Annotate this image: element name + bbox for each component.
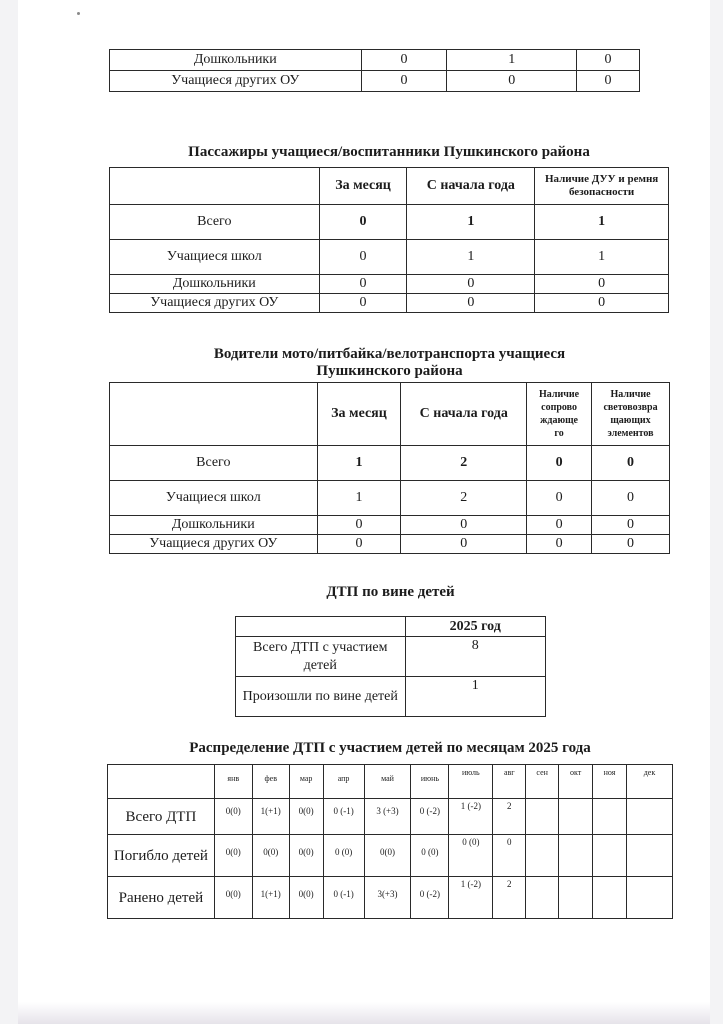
cell-value: 0(0) <box>214 835 252 877</box>
monthly-table: янвфевмарапрмайиюньиюльавгсеноктноядек В… <box>107 764 673 919</box>
cell-value: 0 <box>317 516 401 535</box>
header-empty <box>108 765 215 799</box>
cell-value: 0 <box>319 240 407 275</box>
cell-value: 0 <box>527 481 592 516</box>
cell-value: 1 <box>447 50 577 71</box>
header-empty <box>236 617 406 637</box>
header-year: С начала года <box>401 383 527 446</box>
header-escort: Наличие сопрово ждающе го <box>527 383 592 446</box>
month-header: дек <box>626 765 672 799</box>
table-row: Всего ДТП с участием детей8 <box>236 637 546 677</box>
cell-value: 0(0) <box>364 835 411 877</box>
cell-value: 0 <box>535 294 669 313</box>
cell-value: 1(+1) <box>252 877 289 919</box>
cell-value: 1 <box>317 481 401 516</box>
header-reflective: Наличие световозвра щающих элементов <box>592 383 670 446</box>
cell-value <box>559 799 593 835</box>
row-label: Всего <box>110 446 318 481</box>
cell-value: 0 <box>592 516 670 535</box>
drivers-table: За месяц С начала года Наличие сопрово ж… <box>109 382 670 554</box>
row-label: Ранено детей <box>108 877 215 919</box>
cell-value: 0 <box>401 535 527 554</box>
cell-value <box>559 835 593 877</box>
cell-value: 0 <box>407 294 535 313</box>
month-header: ноя <box>593 765 627 799</box>
scan-edge-shadow <box>18 1002 710 1024</box>
cell-value <box>526 877 559 919</box>
row-label: Учащиеся школ <box>110 481 318 516</box>
cell-value: 2 <box>401 481 527 516</box>
row-label: Всего ДТП <box>108 799 215 835</box>
continued-table: Дошкольники010Учащиеся других ОУ000 <box>109 49 640 92</box>
table-row: Дошкольники010 <box>110 50 640 71</box>
cell-value: 1 <box>535 240 669 275</box>
header-seatbelt: Наличие ДУУ и ремня безопасности <box>535 168 669 205</box>
cell-value: 0 <box>361 71 447 92</box>
cell-value <box>593 835 627 877</box>
cell-value: 0(0) <box>289 835 323 877</box>
header-year: 2025 год <box>405 617 545 637</box>
cell-value: 1 <box>405 677 545 717</box>
cell-value: 1 <box>535 205 669 240</box>
row-label: Учащиеся других ОУ <box>110 535 318 554</box>
monthly-title: Распределение ДТП с участием детей по ме… <box>107 740 673 757</box>
cell-value: 0 <box>407 275 535 294</box>
cell-value: 0(0) <box>214 799 252 835</box>
cell-value: 0 (0) <box>323 835 364 877</box>
cell-value: 2 <box>493 877 526 919</box>
cell-value: 2 <box>401 446 527 481</box>
cell-value: 1 (-2) <box>449 877 493 919</box>
table-row: Произошли по вине детей1 <box>236 677 546 717</box>
cell-value: 0(0) <box>289 799 323 835</box>
scan-speck <box>77 12 80 15</box>
table-row: Учащиеся других ОУ0000 <box>110 535 670 554</box>
fault-title: ДТП по вине детей <box>235 584 546 601</box>
header-month: За месяц <box>317 383 401 446</box>
row-label: Произошли по вине детей <box>236 677 406 717</box>
header-empty <box>110 168 320 205</box>
cell-value: 1 <box>407 205 535 240</box>
cell-value <box>593 799 627 835</box>
cell-value: 0 (-2) <box>411 877 449 919</box>
cell-value: 0(0) <box>214 877 252 919</box>
row-label: Всего ДТП с участием детей <box>236 637 406 677</box>
month-header: авг <box>493 765 526 799</box>
cell-value <box>526 835 559 877</box>
cell-value: 0 <box>527 516 592 535</box>
fault-table: 2025 год Всего ДТП с участием детей8Прои… <box>235 616 546 717</box>
cell-value: 1 <box>317 446 401 481</box>
passengers-title: Пассажиры учащиеся/воспитанники Пушкинск… <box>109 144 669 161</box>
cell-value: 0 <box>592 481 670 516</box>
cell-value: 8 <box>405 637 545 677</box>
cell-value <box>559 877 593 919</box>
cell-value: 0 <box>527 446 592 481</box>
passengers-table: За месяц С начала года Наличие ДУУ и рем… <box>109 167 669 313</box>
row-label: Всего <box>110 205 320 240</box>
drivers-title-line1: Водители мото/питбайка/велотранспорта уч… <box>109 346 670 363</box>
cell-value: 0 (0) <box>411 835 449 877</box>
table-row: Всего011 <box>110 205 669 240</box>
month-header: мар <box>289 765 323 799</box>
row-label: Дошкольники <box>110 50 362 71</box>
month-header: июль <box>449 765 493 799</box>
cell-value: 0 <box>577 50 640 71</box>
cell-value: 0 (-1) <box>323 877 364 919</box>
cell-value: 0(0) <box>252 835 289 877</box>
cell-value <box>526 799 559 835</box>
cell-value: 0 <box>592 535 670 554</box>
month-header: янв <box>214 765 252 799</box>
cell-value <box>626 877 672 919</box>
table-row: Учащиеся школ1200 <box>110 481 670 516</box>
header-empty <box>110 383 318 446</box>
drivers-title: Водители мото/питбайка/велотранспорта уч… <box>109 346 670 380</box>
cell-value: 1 (-2) <box>449 799 493 835</box>
month-header: май <box>364 765 411 799</box>
table-row: Всего ДТП0(0)1(+1)0(0)0 (-1)3 (+3)0 (-2)… <box>108 799 673 835</box>
table-row: Ранено детей0(0)1(+1)0(0)0 (-1)3(+3)0 (-… <box>108 877 673 919</box>
row-label: Учащиеся других ОУ <box>110 294 320 313</box>
cell-value: 0 <box>447 71 577 92</box>
cell-value <box>593 877 627 919</box>
cell-value: 0 <box>317 535 401 554</box>
table-row: Учащиеся других ОУ000 <box>110 294 669 313</box>
cell-value <box>626 835 672 877</box>
month-header: апр <box>323 765 364 799</box>
row-label: Дошкольники <box>110 275 320 294</box>
row-label: Учащиеся других ОУ <box>110 71 362 92</box>
table-row: Погибло детей0(0)0(0)0(0)0 (0)0(0)0 (0)0… <box>108 835 673 877</box>
cell-value: 0 (-1) <box>323 799 364 835</box>
cell-value: 0 <box>527 535 592 554</box>
cell-value: 0 <box>319 294 407 313</box>
table-row: Дошкольники000 <box>110 275 669 294</box>
table-row: Учащиеся других ОУ000 <box>110 71 640 92</box>
cell-value: 1(+1) <box>252 799 289 835</box>
drivers-title-line2: Пушкинского района <box>109 363 670 380</box>
cell-value: 0 (0) <box>449 835 493 877</box>
month-header: сен <box>526 765 559 799</box>
cell-value: 2 <box>493 799 526 835</box>
cell-value: 0 <box>493 835 526 877</box>
cell-value: 0 <box>401 516 527 535</box>
row-label: Дошкольники <box>110 516 318 535</box>
row-label: Погибло детей <box>108 835 215 877</box>
cell-value: 0 <box>319 275 407 294</box>
cell-value: 3 (+3) <box>364 799 411 835</box>
cell-value: 0(0) <box>289 877 323 919</box>
month-header: окт <box>559 765 593 799</box>
cell-value: 0 <box>577 71 640 92</box>
cell-value: 0 (-2) <box>411 799 449 835</box>
cell-value: 0 <box>361 50 447 71</box>
cell-value: 0 <box>592 446 670 481</box>
month-header: июнь <box>411 765 449 799</box>
month-header: фев <box>252 765 289 799</box>
header-month: За месяц <box>319 168 407 205</box>
cell-value <box>626 799 672 835</box>
cell-value: 0 <box>535 275 669 294</box>
cell-value: 1 <box>407 240 535 275</box>
header-year: С начала года <box>407 168 535 205</box>
table-row: Дошкольники0000 <box>110 516 670 535</box>
table-row: Учащиеся школ011 <box>110 240 669 275</box>
row-label: Учащиеся школ <box>110 240 320 275</box>
cell-value: 0 <box>319 205 407 240</box>
table-row: Всего1200 <box>110 446 670 481</box>
cell-value: 3(+3) <box>364 877 411 919</box>
